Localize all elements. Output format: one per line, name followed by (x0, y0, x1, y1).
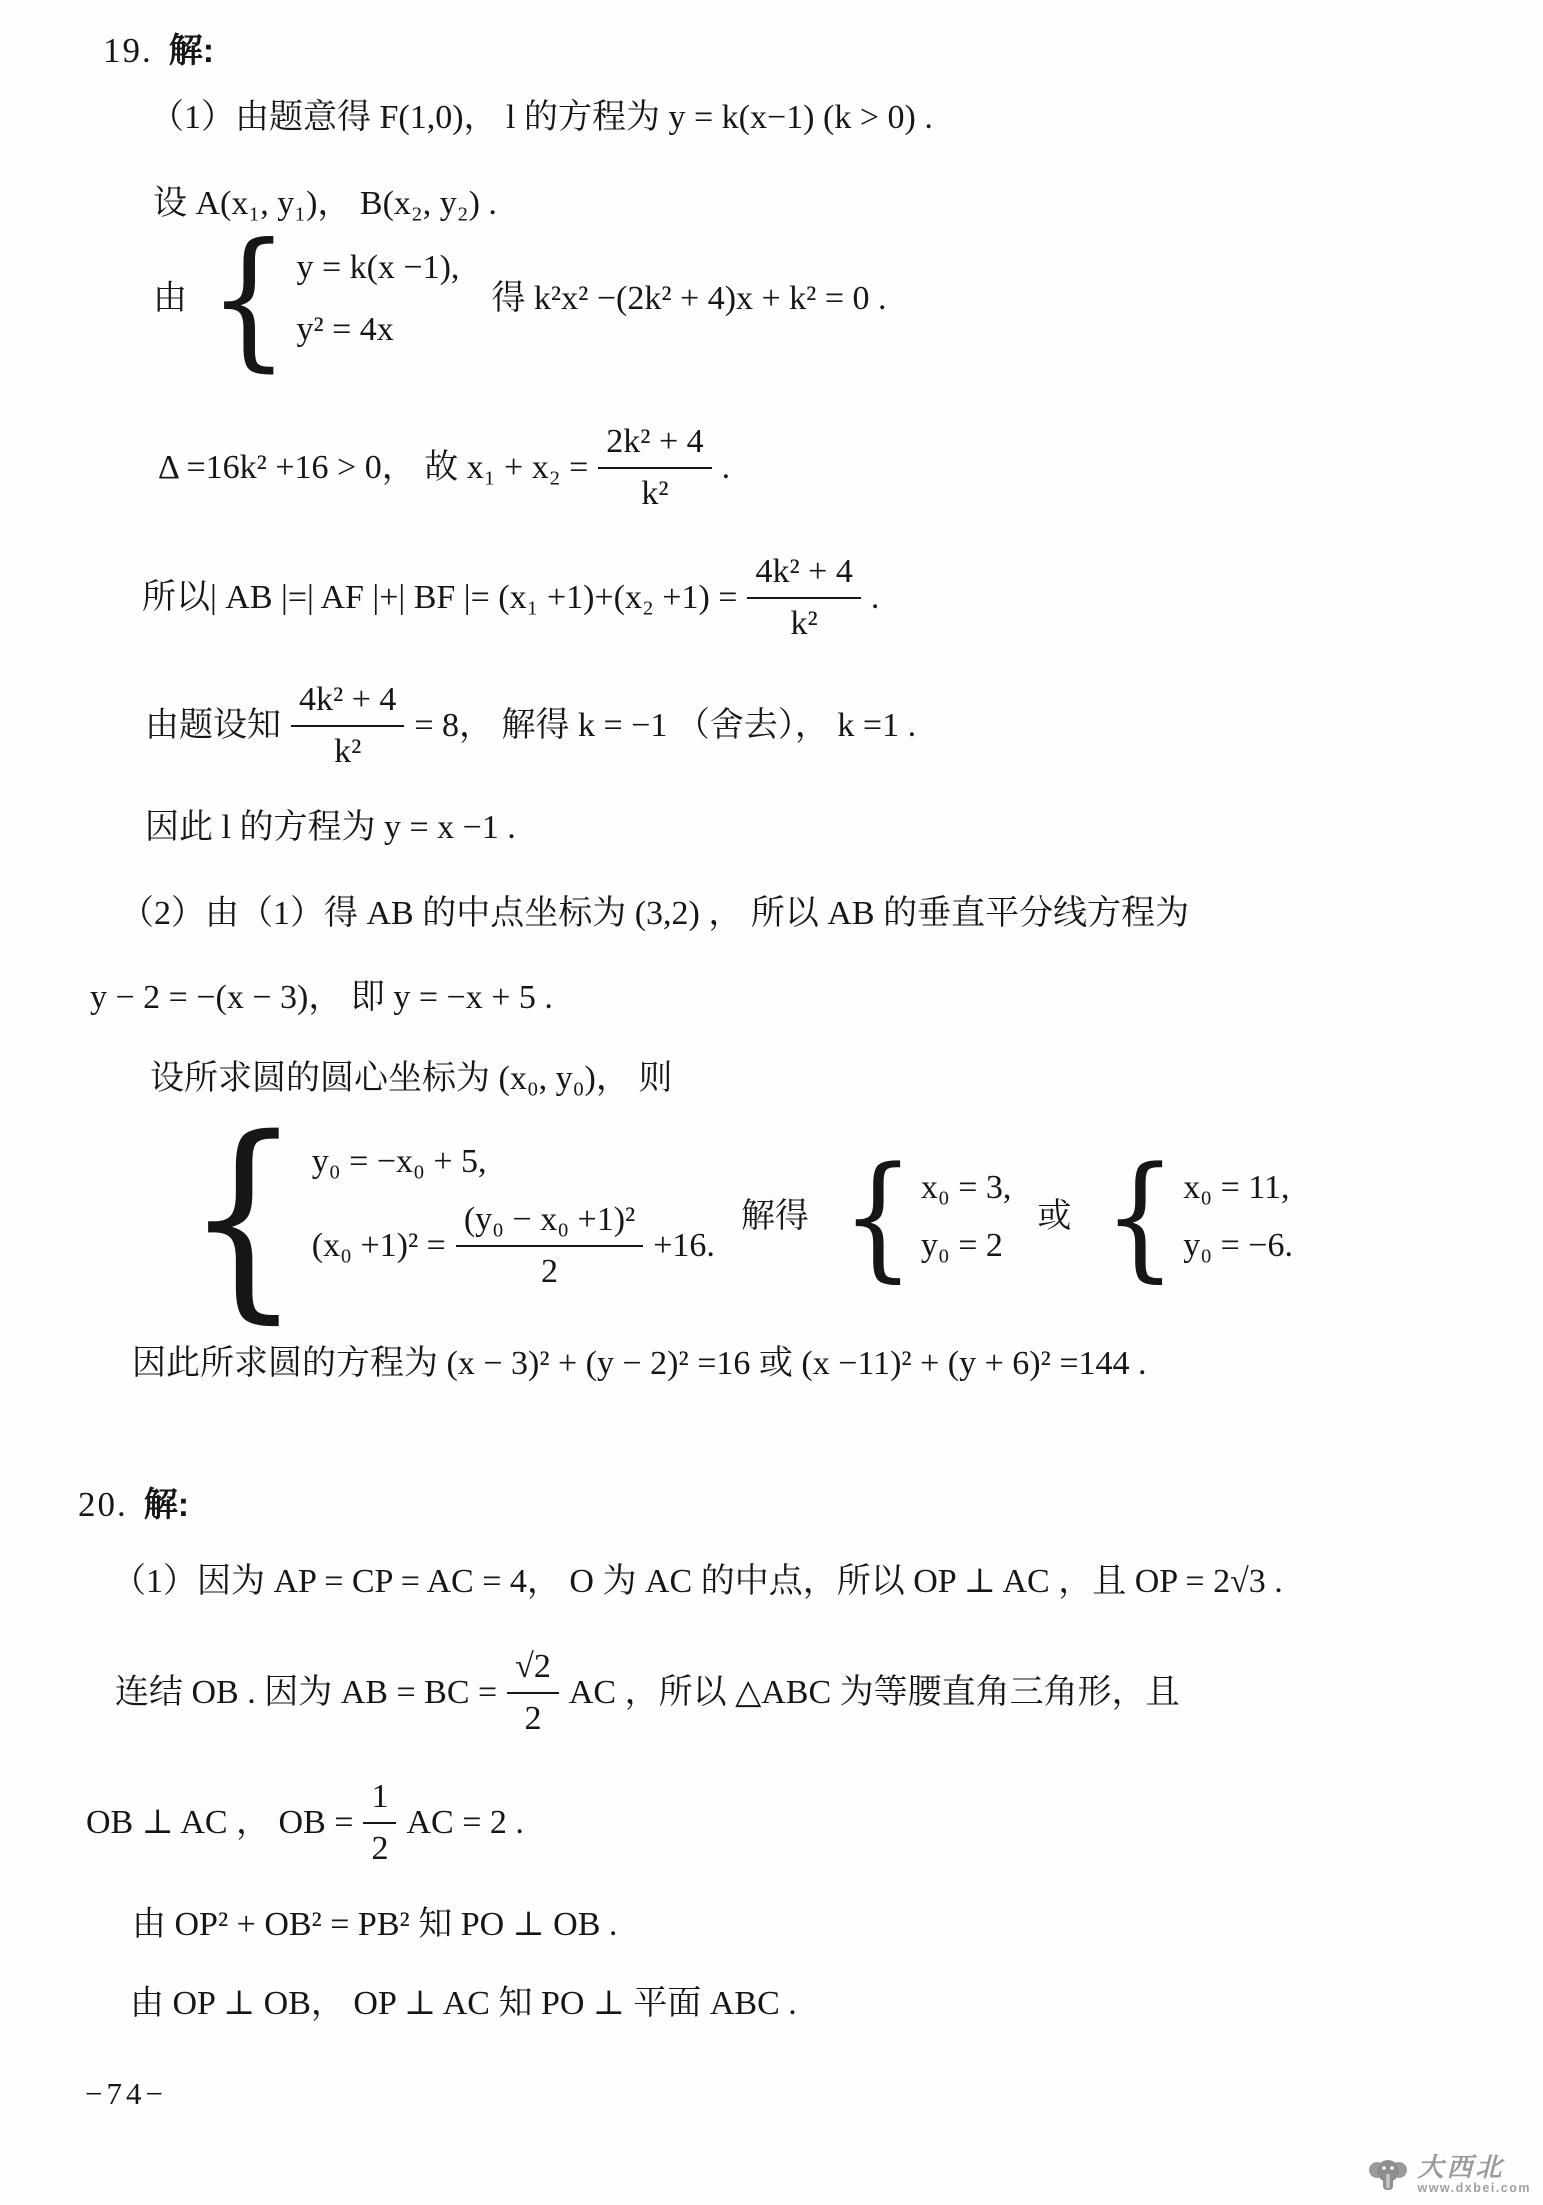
fraction: 2k² + 4 k² (598, 420, 711, 516)
fraction: 4k² + 4 k² (291, 678, 404, 774)
fraction-denominator: 2 (541, 1247, 558, 1294)
p19-part2-intro: （2）由（1）得 AB 的中点坐标为 (3,2) ， 所以 AB 的垂直平分线方… (120, 892, 1189, 936)
p20-part1-intro: （1）因为 AP = CP = AC = 4， O 为 AC 的中点，所以 OP… (112, 1560, 1283, 1604)
p19-system2-eq1: y₀ = −x₀ + 5, (312, 1140, 715, 1184)
problem-20-solve-label: 解: (144, 1483, 189, 1527)
p19-part1-intro: （1）由题意得 F(1,0)， l 的方程为 y = k(x−1) (k > 0… (150, 96, 933, 140)
fraction: 1 2 (363, 1775, 396, 1871)
p19-solution1: x₀ = 3, y₀ = 2 (921, 1166, 1012, 1268)
problem-20-heading: 20. 解: (78, 1482, 189, 1528)
p20-ob-pre: OB ⊥ AC ， OB = (86, 1801, 353, 1845)
page-number: −74− (85, 2074, 167, 2114)
problem-19-number: 19. (103, 28, 153, 74)
p20-conclusion-line: 由 OP ⊥ OB， OP ⊥ AC 知 PO ⊥ 平面 ABC . (130, 1982, 797, 2026)
p19-line-equation: 因此 l 的方程为 y = x −1 . (145, 806, 516, 850)
p19-solution1-y: y₀ = 2 (921, 1224, 1012, 1268)
p19-ab-length-line: 所以| AB |=| AF |+| BF |= (x₁ +1)+(x₂ +1) … (142, 550, 879, 646)
fraction-denominator: k² (334, 727, 361, 774)
p19-solve-k-line: 由题设知 4k² + 4 k² = 8， 解得 k = −1 （舍去）， k =… (145, 678, 916, 774)
scanned-solution-page: 19. 解: （1）由题意得 F(1,0)， l 的方程为 y = k(x−1)… (0, 0, 1543, 2205)
p20-pythagorean-line: 由 OP² + OB² = PB² 知 PO ⊥ OB . (132, 1903, 617, 1947)
p19-solvek-pre: 由题设知 (145, 704, 281, 748)
fraction: (y₀ − x₀ +1)² 2 (456, 1198, 643, 1294)
problem-19-solve-label: 解: (169, 29, 214, 73)
p19-system1-result: 得 k²x² −(2k² + 4)x + k² = 0 . (491, 277, 886, 321)
p19-solution2-y: y₀ = −6. (1183, 1224, 1293, 1268)
fraction: 4k² + 4 k² (747, 550, 860, 646)
p19-ab-post: . (871, 576, 880, 620)
p19-or-word: 或 (1037, 1195, 1071, 1239)
p19-solvek-post: = 8， 解得 k = −1 （舍去）， k =1 . (414, 704, 916, 748)
p19-delta-line: Δ =16k² +16 > 0， 故 x₁ + x₂ = 2k² + 4 k² … (158, 420, 730, 516)
watermark-text: 大西北 www.dxbei.com (1417, 2154, 1531, 2198)
p19-system1-equations: y = k(x −1), y² = 4x (296, 246, 459, 352)
p19-circle-equations: 因此所求圆的方程为 (x − 3)² + (y − 2)² =16 或 (x −… (132, 1342, 1147, 1386)
fraction-numerator: 4k² + 4 (291, 678, 404, 727)
p20-connect-ob-line: 连结 OB . 因为 AB = BC = √2 2 AC ，所以 △ABC 为等… (115, 1645, 1180, 1741)
p19-system2-eq2-pre: (x₀ +1)² = (312, 1224, 446, 1268)
p20-connect-pre: 连结 OB . 因为 AB = BC = (115, 1671, 497, 1715)
p19-system1: 由 { y = k(x −1), y² = 4x 得 k²x² −(2k² + … (153, 246, 887, 352)
watermark-url: www.dxbei.com (1417, 2180, 1531, 2198)
fraction-numerator: (y₀ − x₀ +1)² (456, 1198, 643, 1247)
p19-ab-pre: 所以| AB |=| AF |+| BF |= (x₁ +1)+(x₂ +1) … (142, 576, 737, 620)
p20-ob-perpendicular-line: OB ⊥ AC ， OB = 1 2 AC = 2 . (86, 1775, 524, 1871)
p19-system2-eq2: (x₀ +1)² = (y₀ − x₀ +1)² 2 +16. (312, 1198, 715, 1294)
p20-ob-post: AC = 2 . (406, 1801, 523, 1845)
p19-set-points: 设 A(x₁, y₁)， B(x₂, y₂) . (153, 182, 497, 226)
p19-solution2-x: x₀ = 11, (1183, 1166, 1293, 1210)
p19-system2: { y₀ = −x₀ + 5, (x₀ +1)² = (y₀ − x₀ +1)²… (175, 1140, 1293, 1295)
fraction-denominator: 2 (371, 1824, 388, 1871)
problem-20-number: 20. (78, 1482, 128, 1528)
fraction-denominator: k² (791, 599, 818, 646)
p19-system2-eq2-post: +16. (653, 1224, 715, 1268)
elephant-logo-icon (1367, 2154, 1409, 2196)
p19-delta-pre: Δ =16k² +16 > 0， 故 x₁ + x₂ = (158, 446, 588, 490)
watermark: 大西北 www.dxbei.com (1367, 2154, 1531, 2198)
fraction: √2 2 (507, 1645, 559, 1741)
fraction-numerator: √2 (507, 1645, 559, 1694)
watermark-site-name: 大西北 (1417, 2154, 1504, 2180)
fraction-numerator: 4k² + 4 (747, 550, 860, 599)
p19-solution1-x: x₀ = 3, (921, 1166, 1012, 1210)
fraction-denominator: 2 (525, 1694, 542, 1741)
p19-solution2: x₀ = 11, y₀ = −6. (1183, 1166, 1293, 1268)
p19-perpendicular-bisector-eq: y − 2 = −(x − 3)， 即 y = −x + 5 . (90, 976, 553, 1020)
fraction-numerator: 1 (363, 1775, 396, 1824)
p19-system1-lead: 由 (153, 277, 187, 321)
fraction-numerator: 2k² + 4 (598, 420, 711, 469)
p19-system2-equations: y₀ = −x₀ + 5, (x₀ +1)² = (y₀ − x₀ +1)² 2… (312, 1140, 715, 1295)
problem-19-heading: 19. 解: (103, 28, 214, 74)
p19-system1-eq2: y² = 4x (296, 308, 459, 352)
p19-solve-word: 解得 (741, 1195, 809, 1239)
p20-connect-post: AC ，所以 △ABC 为等腰直角三角形，且 (569, 1671, 1180, 1715)
p19-delta-post: . (722, 446, 731, 490)
p19-system1-eq1: y = k(x −1), (296, 246, 459, 290)
fraction-denominator: k² (641, 469, 668, 516)
